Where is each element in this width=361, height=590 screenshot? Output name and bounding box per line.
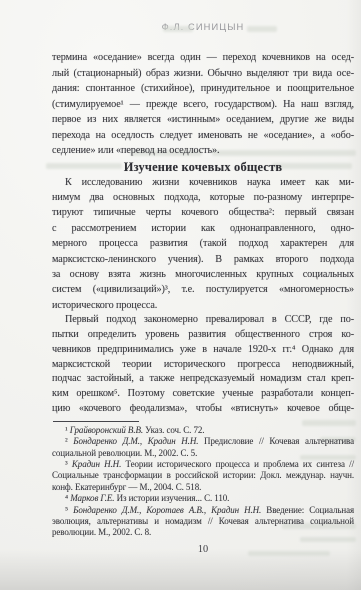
text-line: цию «кочевого феодализма», чтобы «втисну… <box>52 402 354 417</box>
text-line: конф. Екатеринбург — М., 2004. С. 518. <box>52 482 354 493</box>
text-line: революции. М., 2002. С. 8. <box>52 527 354 538</box>
text-line: ⁵ Бондаренко Д.М., Коротаев А.В., Крадин… <box>52 505 354 516</box>
section-heading: Изучение кочевых обществ <box>52 159 354 175</box>
text-line: лый (стационарный) образ жизни. Обычно в… <box>52 66 354 82</box>
text-line: пытки определить уровень развития общест… <box>52 328 354 343</box>
text-segment: социальной революции. М., 2002. С. 5. <box>52 448 197 458</box>
author-name-italic: Бондаренко Д.М., Крадин Н.Н. <box>73 436 198 446</box>
paragraph-two-approaches: К исследованию жизни кочевников наука им… <box>52 175 354 314</box>
text-line: с рассмотрением истории как однонаправле… <box>52 221 354 236</box>
text-line: социальной революции. М., 2002. С. 5. <box>52 448 354 459</box>
text-block: термина «оседание» всегда один — переход… <box>52 50 354 539</box>
text-line: термина «оседание» всегда один — переход… <box>52 50 354 66</box>
text-segment: Предисловие // Кочевая альтернатива <box>198 436 354 446</box>
text-segment: Социальные трансформации в российской ис… <box>52 470 354 480</box>
text-line: ⁴ Марков Г.Е. Из истории изучения... С. … <box>52 493 354 504</box>
text-line: ¹ Грайворонский В.В. Указ. соч. С. 72. <box>52 425 354 436</box>
text-segment: эволюция, альтернативы и номадизм // Коч… <box>52 516 354 526</box>
text-line: тируют типичные черты кочевого общества²… <box>52 205 354 220</box>
text-line: подчас застойный, а также непредсказуемы… <box>52 372 354 387</box>
text-segment: конф. Екатеринбург — М., 2004. С. 518. <box>52 482 201 492</box>
text-line: Первый подход закономерно превалировал в… <box>52 313 354 328</box>
text-segment: Введение: Социальная <box>261 505 354 515</box>
text-line: за основу взята жизнь многочисленных кру… <box>52 267 354 282</box>
text-line: чевников предпринимались уже в начале 19… <box>52 343 354 358</box>
text-line: дания: спонтанное (стихийное), принудите… <box>52 81 354 97</box>
text-line: (стимулируемое¹ — прежде всего, государс… <box>52 97 354 113</box>
running-header: Ф.Л. СИНИЦЫН <box>52 21 354 33</box>
text-line: первое из них является «истинным» оседан… <box>52 112 354 128</box>
footnotes: ¹ Грайворонский В.В. Указ. соч. С. 72.² … <box>52 425 354 539</box>
text-line: систем («цивилизаций»)³, т.е. постулируе… <box>52 282 354 297</box>
text-line: исторического процесса. <box>52 298 354 313</box>
text-line: перехода на оседлость следует именовать … <box>52 128 354 144</box>
text-line: седление» или «перевод на оседлость». <box>52 143 354 159</box>
author-name-italic: Марков Г.Е. <box>70 493 114 503</box>
author-name-italic: Крадин Н.Н. <box>72 459 121 469</box>
text-line: эволюция, альтернативы и номадизм // Коч… <box>52 516 354 527</box>
text-line: Социальные трансформации в российской ис… <box>52 470 354 481</box>
text-line: ² Бондаренко Д.М., Крадин Н.Н. Предислов… <box>52 436 354 447</box>
text-segment: Из истории изучения... С. 110. <box>114 493 229 503</box>
text-line: мерного процесса развития (такой подход … <box>52 236 354 251</box>
author-name-italic: Грайворонский В.В. <box>70 425 143 435</box>
text-line: ³ Крадин Н.Н. Теории исторического проце… <box>52 459 354 470</box>
text-line: К исследованию жизни кочевников наука им… <box>52 175 354 190</box>
text-segment: ⁵ <box>65 505 73 515</box>
text-line: нимум два основных подхода, которые по-р… <box>52 190 354 205</box>
text-segment: Указ. соч. С. 72. <box>143 425 204 435</box>
bleedthrough-mark <box>247 26 277 32</box>
text-segment: революции. М., 2002. С. 8. <box>52 527 151 537</box>
text-line: марксистской теории исторического прогре… <box>52 358 354 373</box>
paragraph-first-approach: Первый подход закономерно превалировал в… <box>52 313 354 417</box>
text-segment: Теории исторического процесса и проблема… <box>121 459 354 469</box>
bleedthrough-mark <box>163 26 193 32</box>
paragraph-osedanie: термина «оседание» всегда один — переход… <box>52 50 354 159</box>
text-line: ким орешком⁵. Поэтому советские ученые р… <box>52 387 354 402</box>
text-segment: ³ <box>65 459 72 469</box>
footnote-separator <box>53 421 139 422</box>
author-name-italic: Бондаренко Д.М., Коротаев А.В., Крадин Н… <box>73 505 261 515</box>
bleedthrough-mark <box>248 551 330 556</box>
text-line: марксистско-ленинского учения). В рамках… <box>52 252 354 267</box>
book-page-photo: Ф.Л. СИНИЦЫН термина «оседание» всегда о… <box>0 0 361 590</box>
